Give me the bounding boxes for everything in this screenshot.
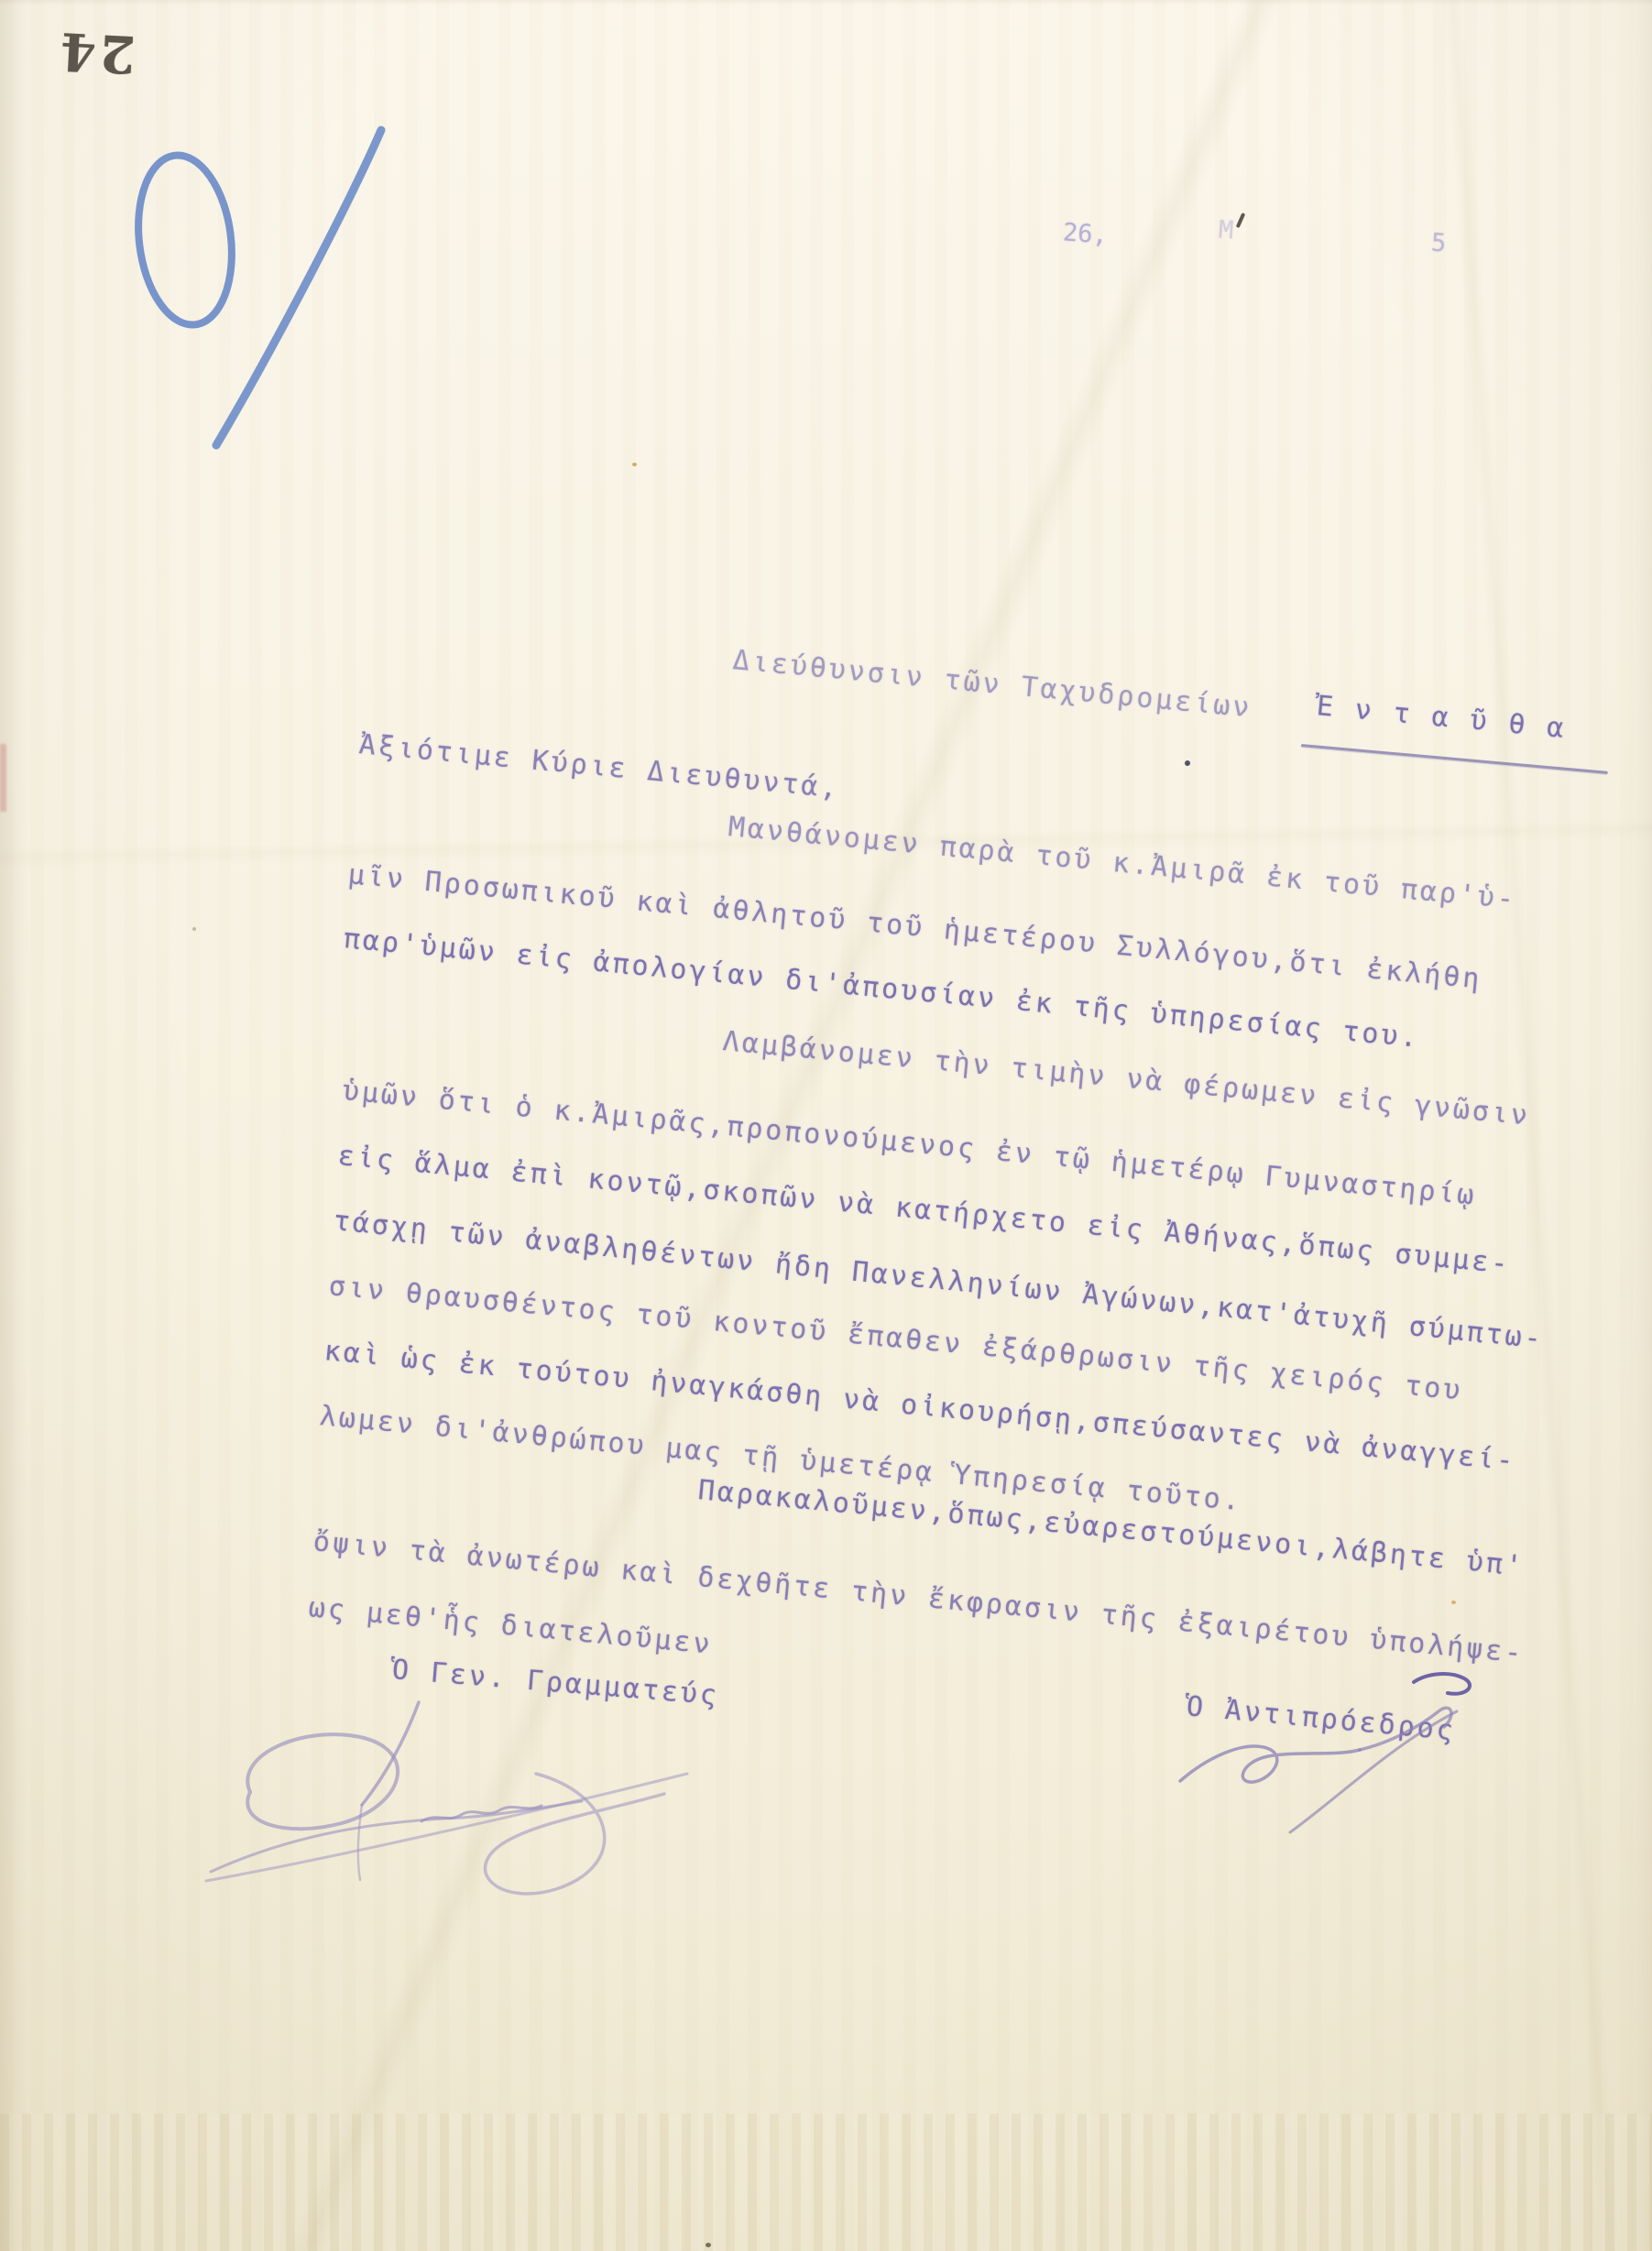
vice-president-signature bbox=[1153, 1669, 1501, 1843]
recipient-line: Διεύθυνσιν τῶν Ταχυδρομείων bbox=[732, 647, 1253, 722]
body-line: εἰς ἅλμα ἐπὶ κοντῷ,σκοπῶν νὰ κατήρχετο ε… bbox=[337, 1142, 1512, 1279]
paper-bottom-striations bbox=[0, 2114, 1652, 2251]
scan-edge-artifact bbox=[0, 744, 6, 812]
salutation-line: Ἀξιότιμε Κύριε Διευθυντά, bbox=[358, 731, 841, 803]
scanned-letter-page: { "document": { "archive_page_number": "… bbox=[0, 0, 1652, 2251]
date-year-digit: 5 bbox=[1430, 228, 1447, 257]
place-line: Ἐνταῦθα bbox=[1316, 693, 1587, 745]
paper-speck bbox=[1451, 1601, 1456, 1604]
registry-mark-icon bbox=[110, 101, 421, 476]
page-number-stamp: 24 bbox=[51, 15, 137, 85]
ink-tick-mark bbox=[1236, 213, 1246, 228]
paper-speck bbox=[632, 463, 637, 466]
date-month-initial: Μ bbox=[1218, 215, 1234, 245]
paper-background: 24 26, Μ 5 Διεύθυνσιν τῶν Ταχυδρομείων Ἐ… bbox=[0, 0, 1652, 2251]
paper-speck bbox=[706, 2243, 711, 2247]
body-line: σιν θραυσθέντος τοῦ κοντοῦ ἔπαθεν ἐξάρθρ… bbox=[328, 1273, 1464, 1405]
body-line: Μανθάνομεν παρὰ τοῦ κ.Ἀμιρᾶ ἐκ τοῦ παρ'ὑ… bbox=[728, 814, 1518, 914]
date-day: 26, bbox=[1062, 218, 1109, 249]
place-underline bbox=[1301, 744, 1608, 774]
ink-speck bbox=[1185, 760, 1190, 766]
paper-speck bbox=[192, 927, 196, 931]
secretary-signature bbox=[188, 1684, 811, 1895]
body-line: ως μεθ'ἧς διατελοῦμεν bbox=[308, 1594, 714, 1659]
